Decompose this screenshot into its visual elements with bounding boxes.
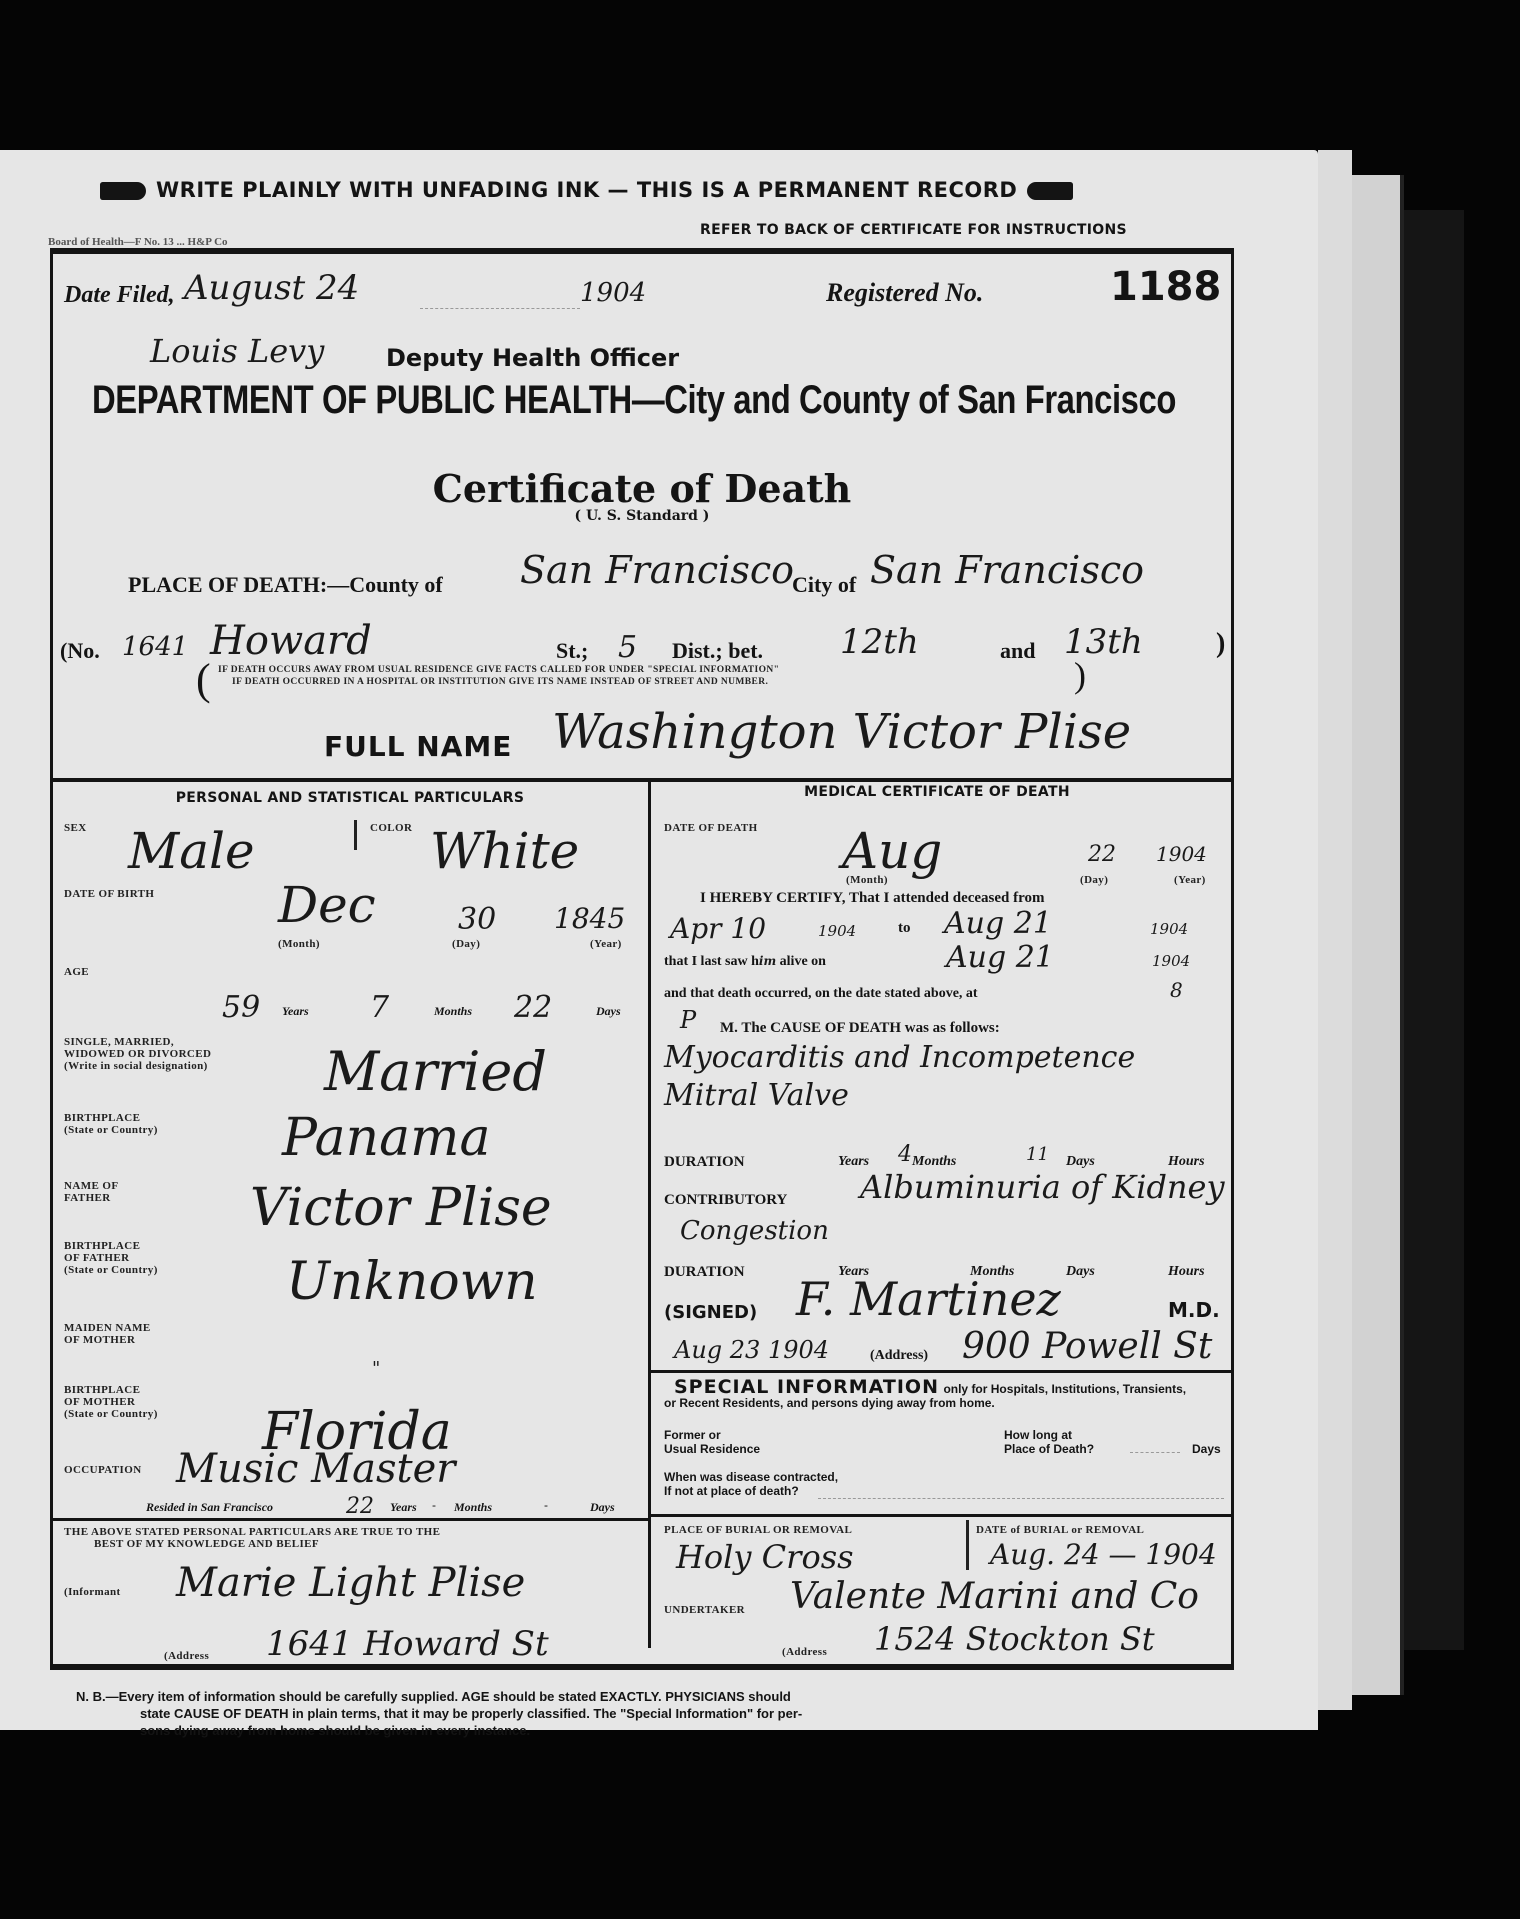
day-caption: (Day) [1080, 874, 1108, 886]
registered-label: Registered No. [826, 278, 983, 308]
department-title: DEPARTMENT OF PUBLIC HEALTH—City and Cou… [92, 378, 1176, 423]
certificate-title: Certificate of Death [0, 466, 1284, 511]
mother-birthplace-label: BIRTHPLACE OF MOTHER (State or Country) [64, 1384, 158, 1420]
month-caption: (Month) [846, 874, 888, 886]
contributory-line-2: Congestion [680, 1216, 829, 1246]
death-meridian: P [680, 1006, 696, 1034]
date-filed-value: August 24 [184, 268, 359, 308]
permanent-record-banner: WRITE PLAINLY WITH UNFADING INK — THIS I… [100, 178, 1073, 202]
resided-months: - [432, 1498, 436, 1512]
informant-statement: THE ABOVE STATED PERSONAL PARTICULARS AR… [64, 1526, 440, 1550]
form-number: Board of Health—F No. 13 ... H&P Co [48, 236, 228, 248]
days-caption: Days [1066, 1264, 1095, 1280]
undertaker-name: Valente Marini and Co [790, 1576, 1199, 1617]
years-caption: Years [282, 1004, 309, 1019]
burial-date: Aug. 24 — 1904 [990, 1538, 1217, 1571]
open-brace: ( [196, 660, 211, 700]
attended-to-year: 1904 [1150, 920, 1188, 938]
refer-note: REFER TO BACK OF CERTIFICATE FOR INSTRUC… [700, 222, 1127, 238]
footer-note: N. B.—Every item of information should b… [76, 1688, 1176, 1739]
certificate-subtitle: ( U. S. Standard ) [0, 508, 1284, 524]
attended-from: Apr 10 [670, 912, 766, 945]
informant-address-label: (Address [164, 1650, 209, 1662]
to-label: to [898, 920, 911, 937]
death-month: Aug [842, 822, 942, 880]
close-paren: ) [1216, 628, 1225, 660]
occupation-label: OCCUPATION [64, 1464, 142, 1476]
duration-months: 11 [1026, 1144, 1049, 1165]
hours-caption: Hours [1168, 1264, 1205, 1280]
city-label: City of [792, 572, 856, 598]
undertaker-label: UNDERTAKER [664, 1604, 745, 1616]
date-of-death-label: DATE OF DEATH [664, 822, 758, 834]
duration-2-label: DURATION [664, 1264, 745, 1281]
special-info-subheading: or Recent Residents, and persons dying a… [664, 1396, 995, 1410]
officer-title: Deputy Health Officer [386, 344, 679, 372]
days-caption: Days [596, 1004, 621, 1019]
page-stack-edge [1318, 150, 1352, 1710]
attended-from-year: 1904 [818, 922, 856, 940]
dob-label: DATE OF BIRTH [64, 888, 154, 900]
full-name-value: Washington Victor Plise [552, 704, 1131, 760]
undertaker-address-label: (Address [782, 1646, 827, 1658]
district-value: 5 [618, 630, 637, 665]
attended-to: Aug 21 [944, 906, 1052, 941]
divider [650, 1370, 1232, 1373]
year-caption: (Year) [590, 938, 622, 950]
place-of-death-label: PLACE OF DEATH:—County of [128, 572, 443, 598]
death-hour: 8 [1170, 978, 1183, 1002]
dob-day: 30 [458, 902, 496, 937]
birthplace-label: BIRTHPLACE (State or Country) [64, 1112, 158, 1136]
age-days: 22 [514, 990, 552, 1025]
age-months: 7 [370, 990, 389, 1025]
district-label: Dist.; bet. [672, 638, 763, 664]
year-caption: (Year) [1174, 874, 1206, 886]
color-value: White [430, 822, 579, 880]
residence-note-2: IF DEATH OCCURRED IN A HOSPITAL OR INSTI… [232, 676, 768, 688]
registered-number: 1188 [1110, 264, 1221, 310]
sex-label: SEX [64, 822, 87, 834]
blank-line [420, 308, 580, 309]
days-caption: Days [1192, 1442, 1221, 1456]
informant-name: Marie Light Plise [176, 1560, 525, 1606]
physician-address-label: (Address) [870, 1348, 928, 1364]
marital-label: SINGLE, MARRIED, WIDOWED OR DIVORCED (Wr… [64, 1036, 211, 1072]
mother-name-label: MAIDEN NAME OF MOTHER [64, 1322, 151, 1346]
dob-month: Dec [278, 876, 376, 934]
informant-label: (Informant [64, 1586, 121, 1598]
burial-date-label: DATE of BURIAL or REMOVAL [976, 1524, 1144, 1536]
duration-label: DURATION [664, 1154, 745, 1171]
st-label: St.; [556, 638, 588, 664]
certify-text: I HEREBY CERTIFY, That I attended deceas… [700, 890, 1045, 907]
sex-value: Male [128, 822, 255, 880]
physician-address: 900 Powell St [962, 1326, 1212, 1367]
cause-line-1: Myocarditis and Incompetence [664, 1040, 1135, 1075]
death-day: 22 [1088, 842, 1116, 867]
color-label: COLOR [370, 822, 412, 834]
signed-date: Aug 23 1904 [674, 1336, 829, 1364]
resided-months-caption: Months [454, 1500, 492, 1515]
father-birthplace-label: BIRTHPLACE OF FATHER (State or Country) [64, 1240, 158, 1276]
date-filed-year: 1904 [580, 278, 646, 308]
street-number-label: (No. [60, 638, 100, 664]
personal-heading: PERSONAL AND STATISTICAL PARTICULARS [56, 790, 644, 806]
age-years: 59 [222, 990, 260, 1025]
full-name-label: FULL NAME [324, 730, 512, 763]
death-year: 1904 [1156, 842, 1207, 866]
physician-signature: F. Martinez [796, 1272, 1061, 1326]
signed-label: (SIGNED) [664, 1302, 757, 1323]
occurred-text: and that death occurred, on the date sta… [664, 986, 978, 1002]
resided-days: - [544, 1498, 548, 1512]
date-filed-label: Date Filed, [64, 282, 175, 309]
last-saw-label: that I last saw him alive on [664, 954, 826, 970]
resided-days-caption: Days [590, 1500, 615, 1515]
burial-place-label: PLACE OF BURIAL OR REMOVAL [664, 1524, 852, 1536]
dob-year: 1845 [554, 902, 625, 935]
father-value: Victor Plise [250, 1178, 552, 1238]
cause-line-2: Mitral Valve [664, 1078, 849, 1113]
field-divider [966, 1520, 969, 1570]
age-label: AGE [64, 966, 89, 978]
column-divider [648, 778, 651, 1648]
city-value: San Francisco [870, 548, 1144, 592]
disease-contracted-label: When was disease contracted, If not at p… [664, 1470, 838, 1498]
county-value: San Francisco [520, 548, 794, 592]
street-name: Howard [210, 618, 372, 664]
officer-signature: Louis Levy [150, 332, 324, 370]
occupation-value: Music Master [176, 1446, 455, 1492]
resided-label: Resided in San Francisco [146, 1500, 273, 1515]
mother-name-ditto: " [372, 1358, 380, 1379]
divider [52, 778, 1232, 782]
undertaker-address: 1524 Stockton St [874, 1620, 1155, 1658]
street-number: 1641 [122, 632, 188, 662]
close-brace: ) [1074, 654, 1086, 696]
special-info-heading: SPECIAL INFORMATION only for Hospitals, … [674, 1376, 1186, 1398]
and-label: and [1000, 638, 1035, 664]
birthplace-value: Panama [282, 1108, 490, 1168]
divider [52, 1518, 648, 1521]
residence-note-1: IF DEATH OCCURS AWAY FROM USUAL RESIDENC… [218, 664, 779, 676]
father-birthplace-value: Unknown [286, 1252, 538, 1312]
marital-value: Married [324, 1040, 547, 1103]
pointing-hand-icon [100, 182, 146, 200]
former-residence-label: Former or Usual Residence [664, 1428, 760, 1456]
contributory-line-1: Albuminuria of Kidney [860, 1168, 1225, 1206]
informant-address: 1641 Howard St [266, 1624, 549, 1664]
resided-years-caption: Years [390, 1500, 417, 1515]
burial-place: Holy Cross [676, 1538, 854, 1576]
contributory-label: CONTRIBUTORY [664, 1192, 787, 1209]
months-caption: Months [434, 1004, 472, 1019]
pointing-hand-icon [1027, 182, 1073, 200]
blank-line [1130, 1452, 1180, 1453]
blank-line [818, 1498, 1224, 1499]
field-divider [354, 820, 357, 850]
resided-years: 22 [346, 1494, 374, 1519]
month-caption: (Month) [278, 938, 320, 950]
duration-years: 4 [898, 1142, 912, 1167]
medical-heading: MEDICAL CERTIFICATE OF DEATH [652, 784, 1222, 800]
how-long-label: How long at Place of Death? [1004, 1428, 1094, 1456]
day-caption: (Day) [452, 938, 480, 950]
between-street-1: 12th [840, 622, 919, 662]
father-label: NAME OF FATHER [64, 1180, 118, 1204]
last-saw-date: Aug 21 [946, 940, 1054, 975]
divider [650, 1514, 1232, 1517]
md-label: M.D. [1168, 1298, 1220, 1322]
book-binding [1404, 210, 1464, 1650]
last-saw-year: 1904 [1152, 952, 1190, 970]
cause-label: M. The CAUSE OF DEATH was as follows: [720, 1020, 1000, 1037]
page-stack-edge [1352, 175, 1404, 1695]
